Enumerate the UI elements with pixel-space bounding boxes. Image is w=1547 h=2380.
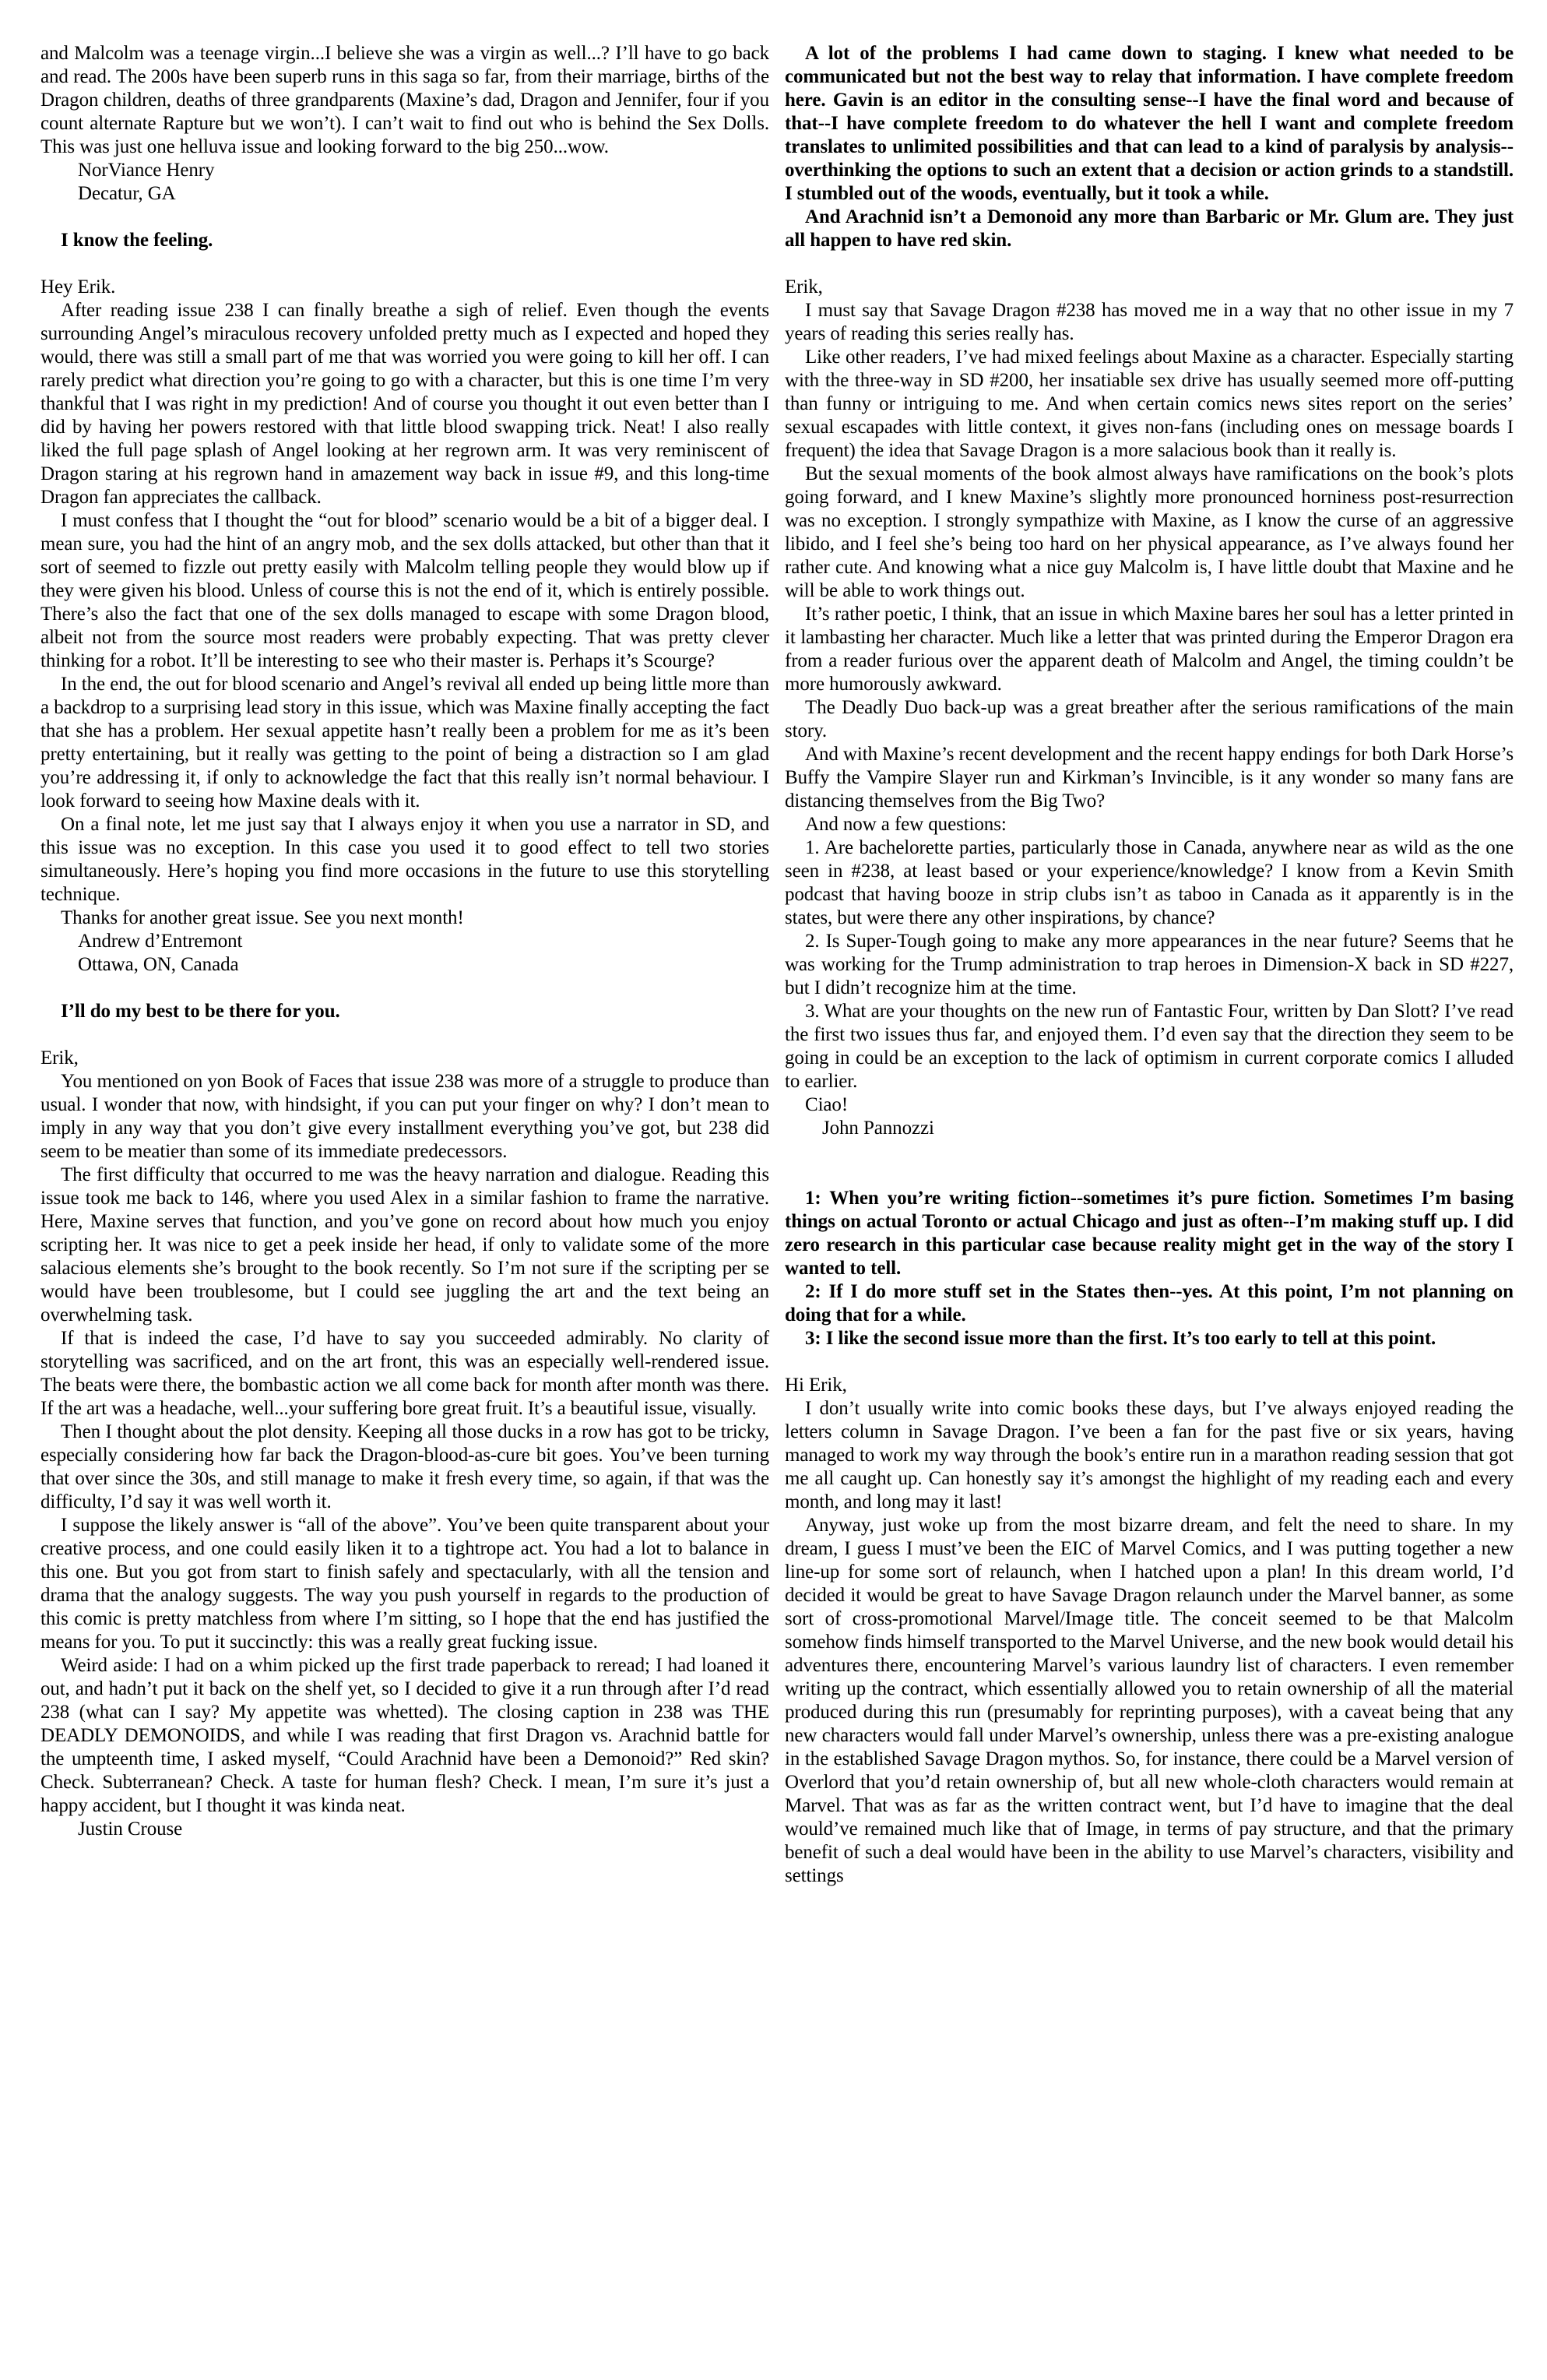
editor-response-paragraph: 3: I like the second issue more than the… [785,1327,1514,1350]
signature-line: Justin Crouse [40,1818,769,1841]
letter-paragraph: The first difficulty that occurred to me… [40,1164,769,1327]
signature-line: John Pannozzi [785,1117,1514,1140]
letter-paragraph: If that is indeed the case, I’d have to … [40,1327,769,1421]
signature-line: Andrew d’Entremont [40,930,769,953]
signature-line: Ottawa, ON, Canada [40,953,769,977]
letter-paragraph: 3. What are your thoughts on the new run… [785,1000,1514,1093]
editor-response-paragraph: A lot of the problems I had came down to… [785,42,1514,206]
letter-paragraph: I don’t usually write into comic books t… [785,1397,1514,1514]
left-column: and Malcolm was a teenage virgin...I bel… [40,42,769,1841]
letter-paragraph: I must confess that I thought the “out f… [40,509,769,673]
signature-line: NorViance Henry [40,159,769,182]
editor-response-paragraph: And Arachnid isn’t a Demonoid any more t… [785,206,1514,252]
letter-paragraph: Like other readers, I’ve had mixed feeli… [785,346,1514,463]
letter-paragraph: Anyway, just woke up from the most bizar… [785,1514,1514,1888]
editor-response-paragraph: I know the feeling. [40,229,769,252]
letter-salutation: and Malcolm was a teenage virgin...I bel… [40,42,769,159]
letter-paragraph: And with Maxine’s recent development and… [785,743,1514,813]
letter-salutation: Hi Erik, [785,1374,1514,1397]
letter-paragraph: On a final note, let me just say that I … [40,813,769,907]
editor-response-paragraph: I’ll do my best to be there for you. [40,1000,769,1023]
letter-paragraph: 1. Are bachelorette parties, particularl… [785,836,1514,930]
letter-paragraph: In the end, the out for blood scenario a… [40,673,769,813]
letter-paragraph: Then I thought about the plot density. K… [40,1421,769,1514]
letter-paragraph: I must say that Savage Dragon #238 has m… [785,299,1514,346]
letter-paragraph: Thanks for another great issue. See you … [40,907,769,930]
editor-response-paragraph: 1: When you’re writing fiction--sometime… [785,1187,1514,1280]
signature-line: Decatur, GA [40,182,769,206]
right-column: A lot of the problems I had came down to… [785,42,1514,1888]
letter-paragraph: And now a few questions: [785,813,1514,836]
letter-salutation: Erik, [785,276,1514,299]
letter-paragraph: The Deadly Duo back-up was a great breat… [785,696,1514,743]
letter-paragraph: After reading issue 238 I can finally br… [40,299,769,509]
letter-paragraph: 2. Is Super-Tough going to make any more… [785,930,1514,1000]
letter-paragraph: You mentioned on yon Book of Faces that … [40,1070,769,1164]
letter-paragraph: I suppose the likely answer is “all of t… [40,1514,769,1654]
letter-paragraph: It’s rather poetic, I think, that an iss… [785,603,1514,696]
letter-paragraph: Weird aside: I had on a whim picked up t… [40,1654,769,1818]
letter-paragraph: Ciao! [785,1093,1514,1117]
letter-salutation: Erik, [40,1047,769,1070]
letter-paragraph: But the sexual moments of the book almos… [785,463,1514,603]
letter-salutation: Hey Erik. [40,276,769,299]
editor-response-paragraph: 2: If I do more stuff set in the States … [785,1280,1514,1327]
